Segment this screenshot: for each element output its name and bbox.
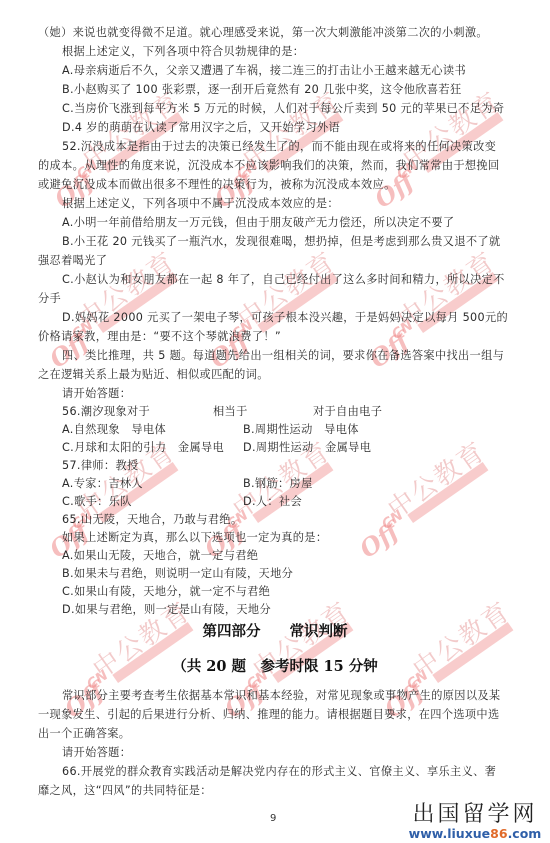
question-56-option: B.周期性运动 导电体 — [243, 423, 359, 437]
text-line: 强忍着喝光了 — [38, 254, 107, 268]
watermark-offcn: OffCN中公教育 — [350, 440, 500, 560]
text-line: 根据上述定义，下列各项中不属于沉没成本效应的是： — [62, 197, 339, 211]
question-56-option: D.周期性运动 金属导电 — [243, 441, 371, 455]
question-65-line: A.如果山无陵，天地合，就一定与君绝 — [62, 549, 258, 563]
text-line: （她）来说也就变得微不足道。就心理感受来说，第一次大刺激能冲淡第二次的小刺激。 — [38, 26, 488, 40]
question-56-option: A.自然现象 导电体 — [62, 423, 166, 437]
watermark-banner — [407, 462, 488, 523]
text-line: 请开始答题： — [62, 387, 131, 401]
text-line: D.妈妈花 2000 元买了一架电子琴，可孩子根本没兴趣，于是妈妈决定以每月 5… — [62, 311, 508, 325]
text-line: 52.沉没成本是指由于过去的决策已经发生了的，而不能由现在或将来的任何决策改变 — [62, 140, 496, 154]
text-line: B.小赵购买了 100 张彩票，逐一刮开后竟然有 20 几张中奖，这令他欣喜若狂 — [62, 83, 461, 97]
text-line: 的成本。从理性的角度来说，沉没成本不应该影响我们的决策，然而，我们常常由于想挽回 — [38, 159, 500, 173]
text-line: C.当房价飞涨到每平方米 5 万元的时候，人们对于每公斤卖到 50 元的苹果已不… — [62, 102, 504, 116]
question-56-stem: 相当于 — [213, 405, 248, 419]
brand-url: www.liuxue86.com — [400, 827, 550, 841]
brand-title: 出国留学网 — [400, 803, 550, 827]
text-line: 价格请家教，理由是：“要不这个琴就浪费了！” — [38, 330, 281, 344]
section-subtitle: （共 20 题 参考时限 15 分钟 — [0, 655, 550, 676]
text-line: 根据上述定义，下列各项中符合贝勃规律的是： — [62, 45, 304, 59]
site-brand-logo: 出国留学网 www.liuxue86.com — [400, 803, 550, 841]
text-line: C.小赵认为和女朋友都在一起 8 年了，自己已经付出了这么多时间和精力，所以决定… — [62, 273, 505, 287]
question-65-line: 如果上述断定为真，那么以下选项也一定为真的是： — [62, 531, 327, 545]
text-line: B.小王花 20 元钱买了一瓶汽水，发现很难喝，想扔掉，但是考虑到那么贵又退不了… — [62, 235, 501, 249]
question-65-line: D.如果与君绝，则一定是山有陵，天地分 — [62, 603, 271, 617]
section-intro-line: 请开始答题： — [62, 746, 131, 760]
question-56-stem: 56.潮汐现象对于 — [62, 405, 150, 419]
section-intro-line: 靡之风，这“四风”的共同特征是： — [38, 784, 212, 798]
question-56-option: C.月球和太阳的引力 金属导电 — [62, 441, 224, 455]
text-line: 之在逻辑关系上最为贴近、相似或匹配的词。 — [38, 368, 269, 382]
text-line: 或避免沉没成本而做出很多不理性的决策行为，被称为沉没成本效应。 — [38, 178, 396, 192]
question-65-line: B.如果未与君绝，则说明一定山有陵，天地分 — [62, 567, 293, 581]
question-57-option: B.钢筋：房屋 — [243, 477, 313, 491]
text-line: 四、类比推理，共 5 题。每道题先给出一组相关的词，要求你在备选答案中找出一组与 — [62, 349, 504, 363]
text-line: D.4 岁的萌萌在认读了常用汉字之后，又开始学习外语 — [62, 121, 340, 135]
question-65-line: C.如果山有陵，天地分，就一定不与君绝 — [62, 585, 270, 599]
offcn-cn-mark: CN — [379, 507, 406, 533]
section-intro-line: 一现象发生、引起的后果进行分析、归纳、推理的能力。请根据题目要求，在四个选项中选 — [38, 708, 500, 722]
section-intro-line: 出一个正确答案。 — [38, 727, 130, 741]
offcn-logo-icon: Off — [354, 517, 404, 564]
watermark-banner — [252, 462, 333, 523]
text-line: 分手 — [38, 292, 61, 306]
question-57-option: C.歌手：乐队 — [62, 495, 132, 509]
question-57-option: D.人：社会 — [243, 495, 302, 509]
watermark-text: 中公教育 — [379, 431, 492, 526]
question-65-line: 65.山无陵，天地合，乃敢与君绝。 — [62, 513, 242, 527]
section-intro-line: 常识部分主要考查考生依据基本常识和基本经验，对常见现象或事物产生的原因以及某 — [62, 689, 500, 703]
question-57-stem: 57.律师：教授 — [62, 459, 139, 473]
page-number: 9 — [270, 813, 276, 824]
question-57-option: A.专家：吉林人 — [62, 477, 143, 491]
text-line: A.母亲病逝后不久，父亲又遭遇了车祸，接二连三的打击让小王越来越无心读书 — [62, 64, 466, 78]
section-intro-line: 66.开展党的群众教育实践活动是解决党内存在的形式主义、官僚主义、享乐主义、奢 — [62, 765, 496, 779]
question-56-stem: 对于自由电子 — [313, 405, 382, 419]
section-title: 第四部分 常识判断 — [0, 620, 550, 641]
text-line: A.小明一年前借给朋友一万元钱，但由于朋友破产无力偿还，所以决定不要了 — [62, 216, 454, 230]
document-page: OffCN中公教育OffCN中公教育OffCN中公教育OffCN中公教育OffC… — [0, 0, 550, 843]
